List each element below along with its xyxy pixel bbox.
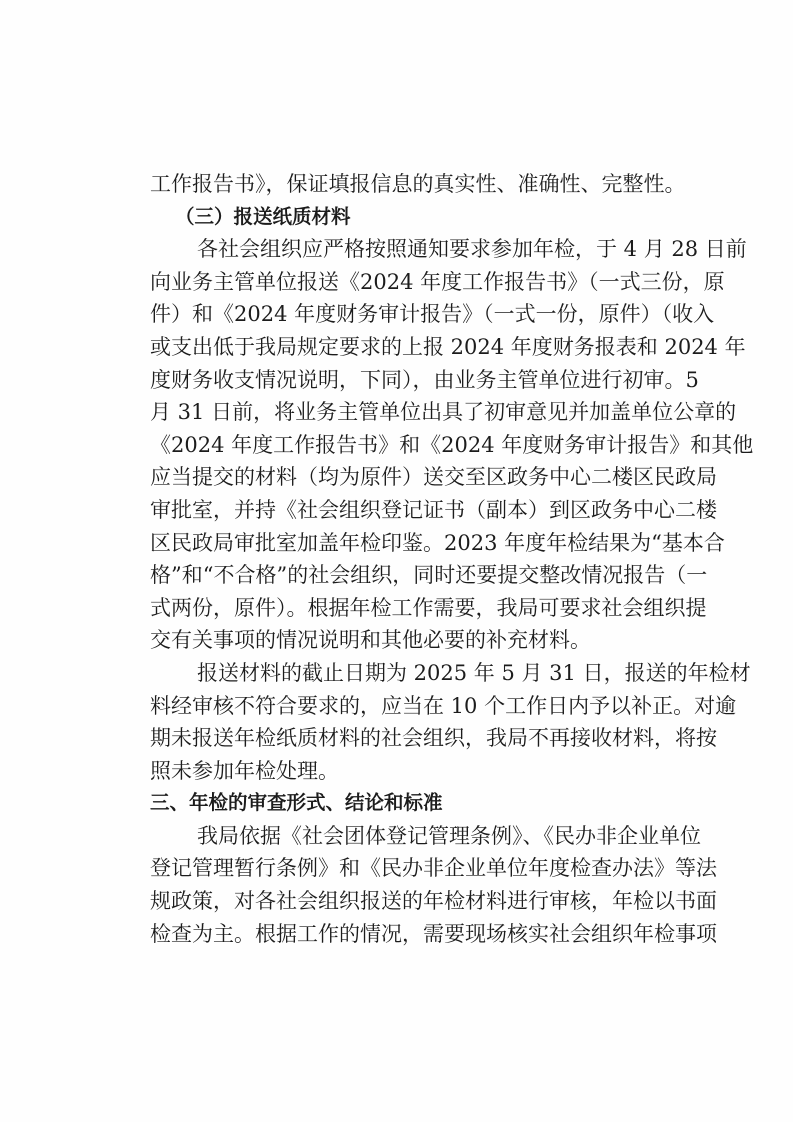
paragraph-line: 月 31 日前，将业务主管单位出具了初审意见并加盖单位公章的 <box>150 396 652 429</box>
document-body: 工作报告书》，保证填报信息的真实性、准确性、完整性。 （三）报送纸质材料 各社会… <box>150 168 652 950</box>
paragraph-line: 《2024 年度工作报告书》和《2024 年度财务审计报告》和其他 <box>150 429 652 462</box>
paragraph-line: 检查为主。根据工作的情况，需要现场核实社会组织年检事项 <box>150 918 652 951</box>
paragraph-line: 向业务主管单位报送《2024 年度工作报告书》（一式三份，原 <box>150 266 652 299</box>
section-heading-3: （三）报送纸质材料 <box>150 201 652 234</box>
paragraph-line: 我局依据《社会团体登记管理条例》、《民办非企业单位 <box>150 820 652 853</box>
paragraph-deadline: 报送材料的截止日期为 2025 年 5 月 31 日，报送的年检材 料经审核不符… <box>150 657 652 787</box>
paragraph-line: 料经审核不符合要求的，应当在 10 个工作日内予以补正。对逾 <box>150 690 652 723</box>
document-page: 工作报告书》，保证填报信息的真实性、准确性、完整性。 （三）报送纸质材料 各社会… <box>0 0 793 1122</box>
paragraph-line: 报送材料的截止日期为 2025 年 5 月 31 日，报送的年检材 <box>150 657 652 690</box>
paragraph-line: 规政策，对各社会组织报送的年检材料进行审核，年检以书面 <box>150 885 652 918</box>
paragraph-line: 交有关事项的情况说明和其他必要的补充材料。 <box>150 624 652 657</box>
paragraph-line: 式两份，原件）。根据年检工作需要，我局可要求社会组织提 <box>150 592 652 625</box>
paragraph-submit-materials: 各社会组织应严格按照通知要求参加年检，于 4 月 28 日前 向业务主管单位报送… <box>150 233 652 657</box>
paragraph-review-form: 我局依据《社会团体登记管理条例》、《民办非企业单位 登记管理暂行条例》和《民办非… <box>150 820 652 950</box>
paragraph-line: 审批室，并持《社会组织登记证书（副本）到区政务中心二楼 <box>150 494 652 527</box>
paragraph-line: 工作报告书》，保证填报信息的真实性、准确性、完整性。 <box>150 168 652 201</box>
paragraph-line: 区民政局审批室加盖年检印鉴。2023 年度年检结果为“基本合 <box>150 527 652 560</box>
paragraph-line: 或支出低于我局规定要求的上报 2024 年度财务报表和 2024 年 <box>150 331 652 364</box>
paragraph-line: 各社会组织应严格按照通知要求参加年检，于 4 月 28 日前 <box>150 233 652 266</box>
paragraph-line: 登记管理暂行条例》和《民办非企业单位年度检查办法》等法 <box>150 852 652 885</box>
paragraph-line: 格”和“不合格”的社会组织，同时还要提交整改情况报告（一 <box>150 559 652 592</box>
paragraph-line: 照未参加年检处理。 <box>150 755 652 788</box>
paragraph-line: 度财务收支情况说明，下同），由业务主管单位进行初审。5 <box>150 364 652 397</box>
paragraph-line: 应当提交的材料（均为原件）送交至区政务中心二楼区民政局 <box>150 461 652 494</box>
paragraph-line: 期未报送年检纸质材料的社会组织，我局不再接收材料，将按 <box>150 722 652 755</box>
section-heading: 三、年检的审查形式、结论和标准 <box>150 787 652 820</box>
paragraph-line: 件）和《2024 年度财务审计报告》（一式一份，原件）（收入 <box>150 298 652 331</box>
